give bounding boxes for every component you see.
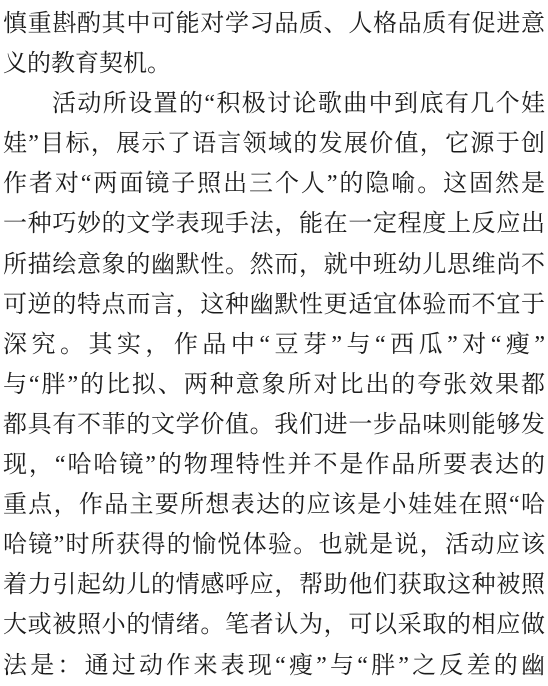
text-line: 所描绘意象的幽默性。然而，就中班幼儿思维尚不 — [3, 245, 545, 285]
text-line: 现，“哈哈镜”的物理特性并不是作品所要表达的 — [3, 445, 545, 485]
document-page: 慎重斟酌其中可能对学习品质、人格品质有促进意 义的教育契机。 活动所设置的“积极… — [0, 0, 548, 686]
text-line: 法是：通过动作来表现“瘦”与“胖”之反差的幽 — [3, 646, 545, 686]
text-line: 哈镜”时所获得的愉悦体验。也就是说，活动应该 — [3, 525, 545, 565]
text-line: 着力引起幼儿的情感呼应，帮助他们获取这种被照 — [3, 565, 545, 605]
text-line: 重点，作品主要所想表达的应该是小娃娃在照“哈 — [3, 485, 545, 525]
text-line: 娃”目标，展示了语言领域的发展价值，它源于创 — [3, 124, 545, 164]
text-line: 大或被照小的情绪。笔者认为，可以采取的相应做 — [3, 605, 545, 645]
text-line: 与“胖”的比拟、两种意象所对比出的夸张效果都 — [3, 365, 545, 405]
text-line: 可逆的特点而言，这种幽默性更适宜体验而不宜于 — [3, 285, 545, 325]
text-line: 深究。其实，作品中“豆芽”与“西瓜”对“瘦” — [3, 325, 545, 365]
text-line: 慎重斟酌其中可能对学习品质、人格品质有促进意 — [3, 4, 545, 44]
text-line: 一种巧妙的文学表现手法，能在一定程度上反应出 — [3, 204, 545, 244]
text-line: 都具有不菲的文学价值。我们进一步品味则能够发 — [3, 405, 545, 445]
text-line: 作者对“两面镜子照出三个人”的隐喻。这固然是 — [3, 164, 545, 204]
text-line: 活动所设置的“积极讨论歌曲中到底有几个娃 — [3, 84, 545, 124]
text-line: 义的教育契机。 — [3, 44, 545, 84]
